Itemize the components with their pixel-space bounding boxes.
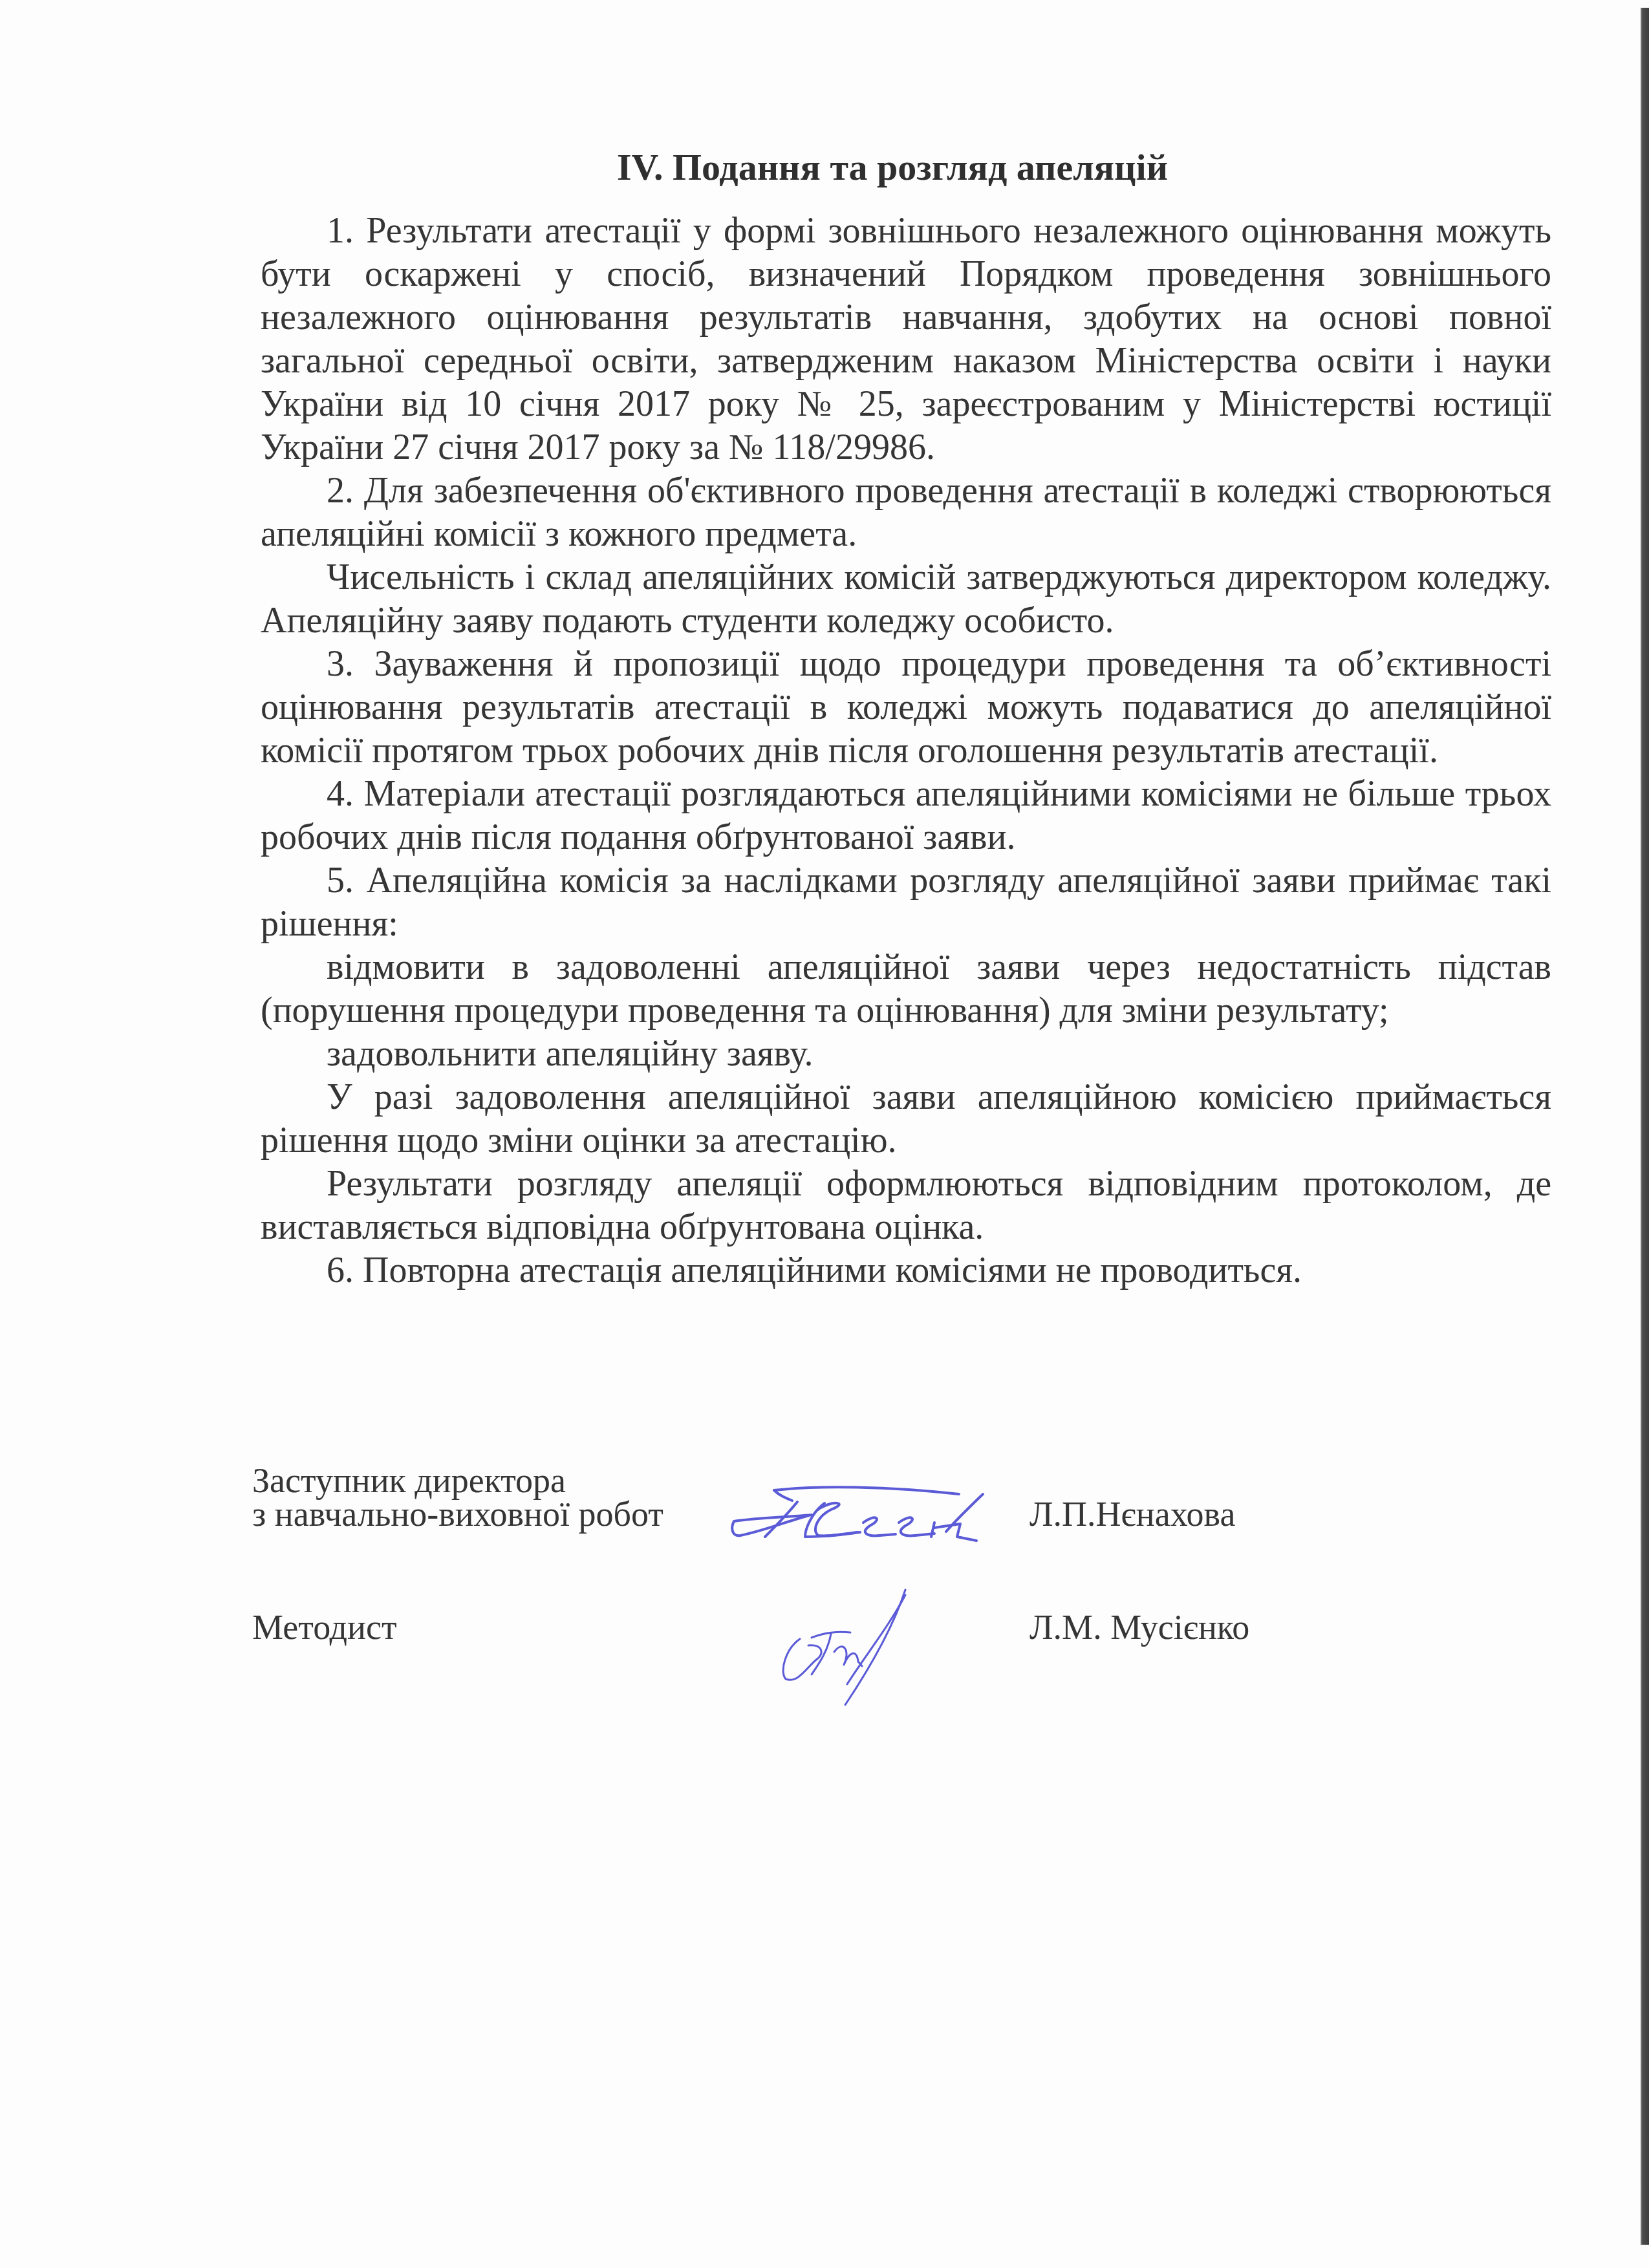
decision-accept: задовольнити апеляційну заяву. (261, 1032, 1551, 1076)
section-title: IV. Подання та розгляд апеляцій (0, 145, 1649, 190)
signer-1-position: Заступник директора з навчально-виховної… (252, 1464, 663, 1531)
scan-edge-shadow (1641, 8, 1649, 2245)
decision-reject: відмовити в задоволенні апеляційної заяв… (261, 946, 1551, 1032)
paragraph-4: 4. Матеріали атестації розглядаються апе… (261, 773, 1551, 859)
paragraph-5-protocol: Результати розгляду апеляції оформлюютьс… (261, 1162, 1551, 1249)
signer-1-position-line1: Заступник директора (252, 1464, 663, 1497)
paragraph-3: 3. Зауваження й пропозиції щодо процедур… (261, 643, 1551, 773)
paragraph-6: 6. Повторна атестація апеляційними коміс… (261, 1249, 1551, 1292)
paragraph-2: 2. Для забезпечення об'єктивного проведе… (261, 469, 1551, 556)
paragraph-1: 1. Результати атестації у формі зовнішнь… (261, 209, 1551, 469)
signer-1-name: Л.П.Нєнахова (1029, 1497, 1235, 1531)
signer-2-position: Методист (252, 1610, 397, 1644)
handwritten-signature-icon (721, 1484, 993, 1548)
paragraph-5-grade-change: У разі задоволення апеляційної заяви апе… (261, 1076, 1551, 1162)
paragraph-2-commission: Чисельність і склад апеляційних комісій … (261, 556, 1551, 643)
handwritten-signature-icon (773, 1587, 921, 1710)
document-body: 1. Результати атестації у формі зовнішнь… (261, 209, 1551, 1292)
paragraph-5: 5. Апеляційна комісія за наслідками розг… (261, 859, 1551, 946)
signer-2-name: Л.М. Мусієнко (1029, 1610, 1249, 1644)
signer-1-position-line2: з навчально-виховної робот (252, 1497, 663, 1531)
